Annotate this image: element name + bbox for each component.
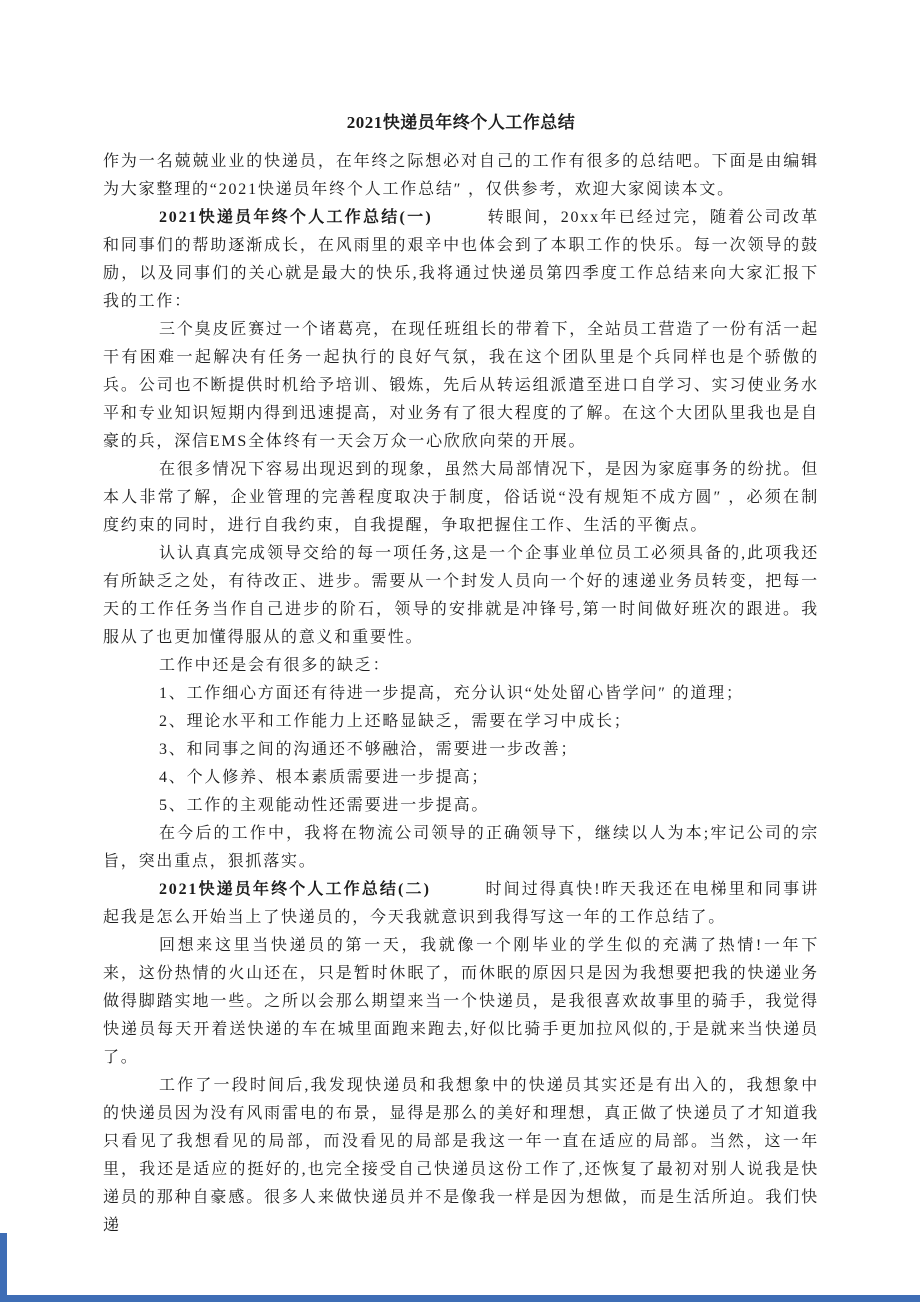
paragraph: 2、理论水平和工作能力上还略显缺乏，需要在学习中成长； — [103, 708, 819, 736]
section-heading: 2021快递员年终个人工作总结(二) — [159, 881, 431, 898]
paragraph-text: 工作中还是会有很多的缺乏： — [159, 657, 390, 674]
paragraph: 作为一名兢兢业业的快递员，在年终之际想必对自己的工作有很多的总结吧。下面是由编辑… — [103, 148, 819, 204]
page-border-bottom-accent — [0, 1295, 920, 1302]
paragraph-text: 3、和同事之间的沟通还不够融洽，需要进一步改善； — [159, 741, 578, 758]
paragraph-text: 2、理论水平和工作能力上还略显缺乏，需要在学习中成长； — [159, 713, 632, 730]
paragraph: 在很多情况下容易出现迟到的现象，虽然大局部情况下，是因为家庭事务的纷扰。但本人非… — [103, 456, 819, 540]
paragraph-text: 工作了一段时间后,我发现快递员和我想象中的快递员其实还是有出入的，我想象中的快递… — [103, 1077, 819, 1234]
paragraph: 认认真真完成领导交给的每一项任务,这是一个企事业单位员工必须具备的,此项我还有所… — [103, 540, 819, 652]
paragraph: 工作中还是会有很多的缺乏： — [103, 652, 819, 680]
paragraph: 3、和同事之间的沟通还不够融洽，需要进一步改善； — [103, 736, 819, 764]
paragraph: 4、个人修养、根本素质需要进一步提高； — [103, 764, 819, 792]
paragraph-text: 认认真真完成领导交给的每一项任务,这是一个企事业单位员工必须具备的,此项我还有所… — [103, 545, 819, 646]
paragraph: 三个臭皮匠赛过一个诸葛亮，在现任班组长的带着下，全站员工营造了一份有活一起干有困… — [103, 316, 819, 456]
paragraph: 5、工作的主观能动性还需要进一步提高。 — [103, 792, 819, 820]
paragraph: 工作了一段时间后,我发现快递员和我想象中的快递员其实还是有出入的，我想象中的快递… — [103, 1072, 819, 1240]
paragraph-text: 4、个人修养、根本素质需要进一步提高； — [159, 769, 489, 786]
paragraph-text: 在很多情况下容易出现迟到的现象，虽然大局部情况下，是因为家庭事务的纷扰。但本人非… — [103, 461, 819, 534]
paragraph-text: 5、工作的主观能动性还需要进一步提高。 — [159, 797, 489, 814]
page-border-left-accent — [0, 1233, 7, 1302]
paragraph: 1、工作细心方面还有待进一步提高，充分认识“处处留心皆学问″ 的道理； — [103, 680, 819, 708]
paragraph: 在今后的工作中，我将在物流公司领导的正确领导下，继续以人为本;牢记公司的宗旨，突… — [103, 820, 819, 876]
page-title: 2021快递员年终个人工作总结 — [103, 110, 819, 136]
paragraph: 回想来这里当快递员的第一天，我就像一个刚毕业的学生似的充满了热情!一年下来，这份… — [103, 932, 819, 1072]
document-body: 作为一名兢兢业业的快递员，在年终之际想必对自己的工作有很多的总结吧。下面是由编辑… — [103, 148, 819, 1240]
paragraph: 2021快递员年终个人工作总结(二) 时间过得真快!昨天我还在电梯里和同事讲起我… — [103, 876, 819, 932]
paragraph-text: 回想来这里当快递员的第一天，我就像一个刚毕业的学生似的充满了热情!一年下来，这份… — [103, 937, 819, 1066]
section-heading: 2021快递员年终个人工作总结(一) — [159, 209, 432, 226]
paragraph-text: 作为一名兢兢业业的快递员，在年终之际想必对自己的工作有很多的总结吧。下面是由编辑… — [103, 153, 819, 198]
paragraph-text: 三个臭皮匠赛过一个诸葛亮，在现任班组长的带着下，全站员工营造了一份有活一起干有困… — [103, 321, 819, 450]
paragraph-text: 在今后的工作中，我将在物流公司领导的正确领导下，继续以人为本;牢记公司的宗旨，突… — [103, 825, 819, 870]
paragraph-text: 1、工作细心方面还有待进一步提高，充分认识“处处留心皆学问″ 的道理； — [159, 685, 744, 702]
paragraph: 2021快递员年终个人工作总结(一) 转眼间，20xx年已经过完，随着公司改革和… — [103, 204, 819, 316]
document-page: 2021快递员年终个人工作总结 作为一名兢兢业业的快递员，在年终之际想必对自己的… — [0, 0, 920, 1240]
